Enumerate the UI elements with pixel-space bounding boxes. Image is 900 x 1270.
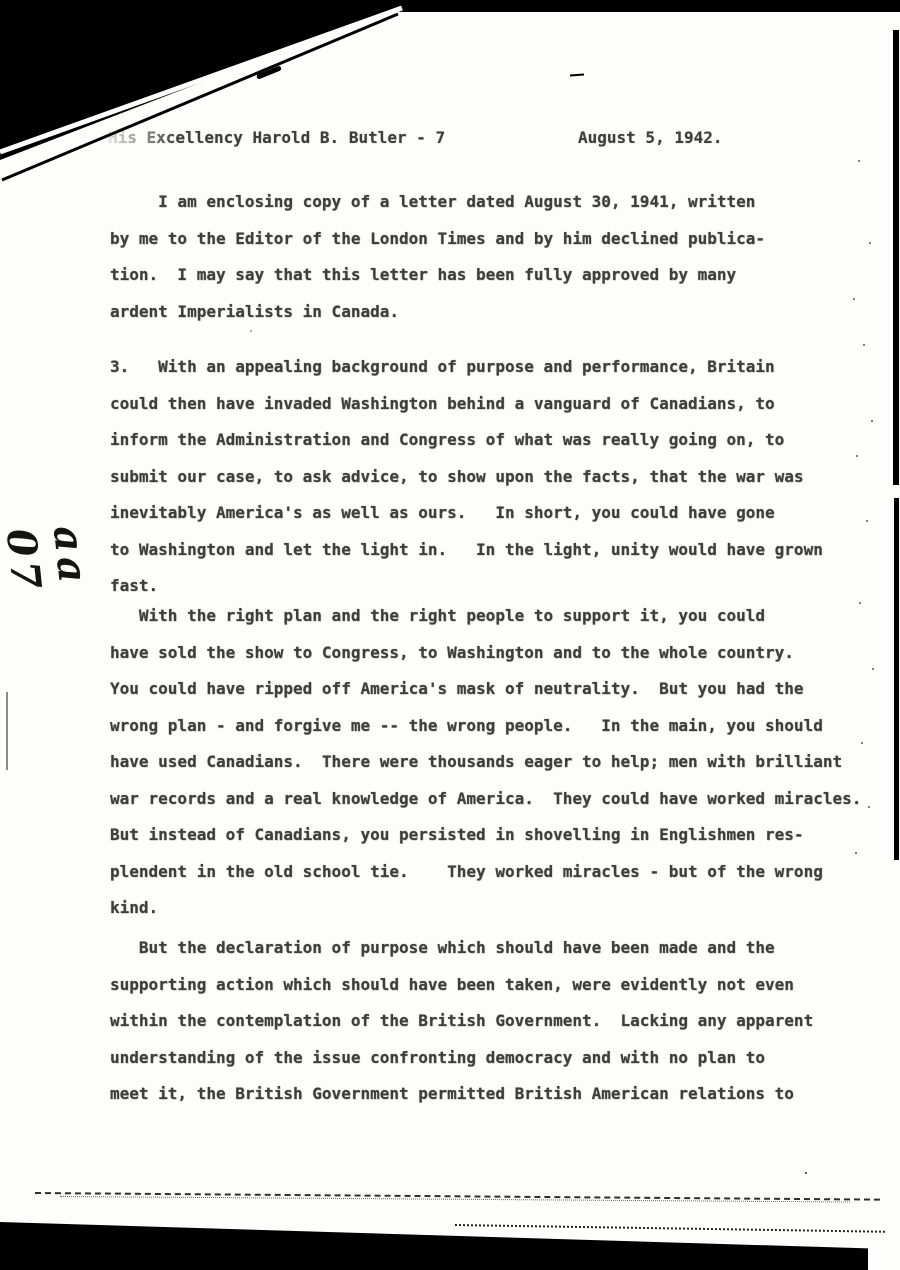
typed-text-line: supporting action which should have been… (110, 967, 813, 1004)
typed-text-line: 3. With an appealing background of purpo… (110, 349, 823, 386)
typed-text-line: have sold the show to Congress, to Washi… (110, 635, 861, 672)
typed-text-line: understanding of the issue confronting d… (110, 1040, 813, 1077)
scan-artifact-right-edge (893, 30, 899, 485)
scan-speck (866, 520, 868, 522)
typed-text-line: by me to the Editor of the London Times … (110, 221, 765, 258)
typed-text-line: But instead of Canadians, you persisted … (110, 817, 861, 854)
typed-text-line: ardent Imperialists in Canada. (110, 294, 765, 331)
typed-text-line: to Washington and let the light in. In t… (110, 532, 823, 569)
paragraph-enclosing-letter: I am enclosing copy of a letter dated Au… (110, 184, 765, 330)
paragraph-right-plan: With the right plan and the right people… (110, 598, 861, 927)
scanned-document-page: aa 07 His Excellency Harold B. Butler - … (0, 0, 900, 1270)
scan-speck (863, 344, 865, 346)
typed-text-line: wrong plan - and forgive me -- the wrong… (110, 708, 861, 745)
scan-artifact-dashed-line (455, 1224, 885, 1233)
scan-artifact-right-edge (894, 498, 899, 860)
paragraph-declaration: But the declaration of purpose which sho… (110, 930, 813, 1113)
header-date: August 5, 1942. (578, 128, 723, 147)
scan-artifact-left-line (6, 692, 8, 770)
header-addressee-line: His Excellency Harold B. Butler - 7 (108, 128, 445, 147)
pen-dash-mark (570, 74, 584, 77)
typed-text-line: plendent in the old school tie. They wor… (110, 854, 861, 891)
scan-speck (868, 806, 870, 808)
scan-speck (805, 1172, 807, 1174)
scan-speck (853, 298, 855, 300)
typed-text-line: within the contemplation of the British … (110, 1003, 813, 1040)
scan-artifact-corner-fold (0, 0, 430, 200)
typed-text-line: tion. I may say that this letter has bee… (110, 257, 765, 294)
typed-text-line: With the right plan and the right people… (110, 598, 861, 635)
typed-text-line: war records and a real knowledge of Amer… (110, 781, 861, 818)
scan-speck (250, 330, 252, 332)
typed-text-line: inform the Administration and Congress o… (110, 422, 823, 459)
typed-text-line: submit our case, to ask advice, to show … (110, 459, 823, 496)
typed-text-line: have used Canadians. There were thousand… (110, 744, 861, 781)
typed-text-line: But the declaration of purpose which sho… (110, 930, 813, 967)
typed-text-line: inevitably America's as well as ours. In… (110, 495, 823, 532)
scan-speck (869, 242, 871, 244)
typed-text-line: could then have invaded Washington behin… (110, 386, 823, 423)
typed-text-line: I am enclosing copy of a letter dated Au… (110, 184, 765, 221)
paragraph-point-3: 3. With an appealing background of purpo… (110, 349, 823, 605)
typed-text-line: kind. (110, 890, 861, 927)
scan-speck (856, 455, 858, 457)
handwritten-annotation: aa 07 (0, 489, 101, 628)
scan-speck (871, 420, 873, 422)
scan-speck (858, 160, 860, 162)
typed-text-line: meet it, the British Government permitte… (110, 1076, 813, 1113)
scan-speck (872, 668, 874, 670)
document-header: His Excellency Harold B. Butler - 7 Augu… (0, 128, 900, 152)
typed-text-line: You could have ripped off America's mask… (110, 671, 861, 708)
